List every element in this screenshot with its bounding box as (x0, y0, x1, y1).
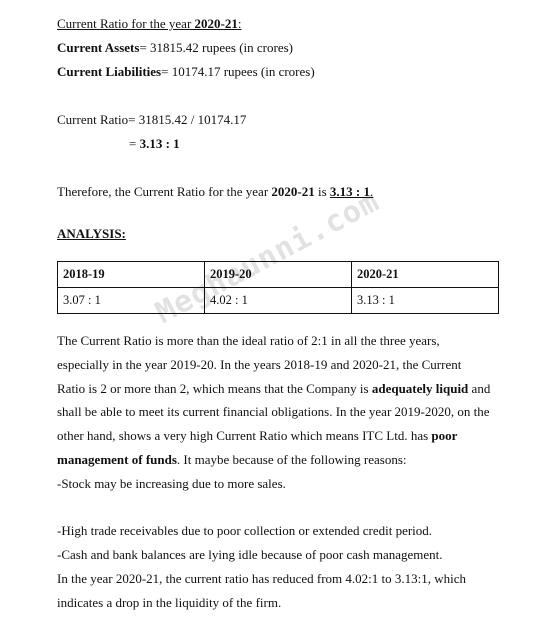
table-header-cell: 2018-19 (58, 262, 205, 288)
paragraph-line: Ratio is 2 or more than 2, which means t… (57, 381, 490, 397)
current-liabilities-label: Current Liabilities (57, 64, 161, 79)
reason-item: -Cash and bank balances are lying idle b… (57, 547, 443, 563)
table-header-cell: 2020-21 (352, 262, 499, 288)
text-run: . It maybe because of the following reas… (177, 452, 407, 467)
table-cell: 3.07 : 1 (58, 288, 205, 314)
table-cell: 3.13 : 1 (352, 288, 499, 314)
heading-prefix: Current Ratio for the year (57, 16, 195, 31)
table-row: 3.07 : 1 4.02 : 1 3.13 : 1 (58, 288, 499, 314)
conclusion-year: 2020-21 (271, 184, 314, 199)
current-assets-label: Current Assets (57, 40, 139, 55)
current-liabilities-line: Current Liabilities= 10174.17 rupees (in… (57, 64, 315, 80)
text-run: other hand, shows a very high Current Ra… (57, 428, 431, 443)
reason-item: -High trade receivables due to poor coll… (57, 523, 432, 539)
conclusion-ratio: 3.13 : 1 (330, 184, 370, 199)
reason-item: -Stock may be increasing due to more sal… (57, 476, 286, 492)
result-value: 3.13 : 1 (140, 136, 180, 151)
emphasis-management-of-funds: management of funds (57, 452, 177, 467)
paragraph-line: management of funds. It maybe because of… (57, 452, 407, 468)
text-run: Ratio is 2 or more than 2, which means t… (57, 381, 372, 396)
current-liabilities-value: = 10174.17 rupees (in crores) (161, 64, 315, 79)
closing-line: In the year 2020-21, the current ratio h… (57, 571, 466, 587)
paragraph-line: especially in the year 2019-20. In the y… (57, 357, 461, 373)
result-prefix: = (129, 136, 140, 151)
table-cell: 4.02 : 1 (205, 288, 352, 314)
heading-year: 2020-21 (195, 16, 238, 31)
conclusion-suffix: . (370, 184, 373, 199)
paragraph-line: other hand, shows a very high Current Ra… (57, 428, 457, 444)
table-header-row: 2018-19 2019-20 2020-21 (58, 262, 499, 288)
heading-suffix: : (238, 16, 242, 31)
section-heading: Current Ratio for the year 2020-21: (57, 16, 242, 32)
ratio-formula: Current Ratio= 31815.42 / 10174.17 (57, 112, 246, 128)
analysis-title: ANALYSIS: (57, 226, 126, 242)
conclusion-middle: is (315, 184, 330, 199)
current-ratio-table: 2018-19 2019-20 2020-21 3.07 : 1 4.02 : … (57, 261, 499, 314)
conclusion-line: Therefore, the Current Ratio for the yea… (57, 184, 373, 200)
ratio-result: = 3.13 : 1 (129, 136, 180, 152)
emphasis-poor: poor (431, 428, 457, 443)
emphasis-adequately-liquid: adequately liquid (372, 381, 468, 396)
current-assets-value: = 31815.42 rupees (in crores) (139, 40, 293, 55)
paragraph-line: shall be able to meet its current financ… (57, 404, 490, 420)
closing-line: indicates a drop in the liquidity of the… (57, 595, 281, 611)
conclusion-prefix: Therefore, the Current Ratio for the yea… (57, 184, 271, 199)
paragraph-line: The Current Ratio is more than the ideal… (57, 333, 440, 349)
current-assets-line: Current Assets= 31815.42 rupees (in cror… (57, 40, 293, 56)
text-run: and (468, 381, 490, 396)
table-header-cell: 2019-20 (205, 262, 352, 288)
